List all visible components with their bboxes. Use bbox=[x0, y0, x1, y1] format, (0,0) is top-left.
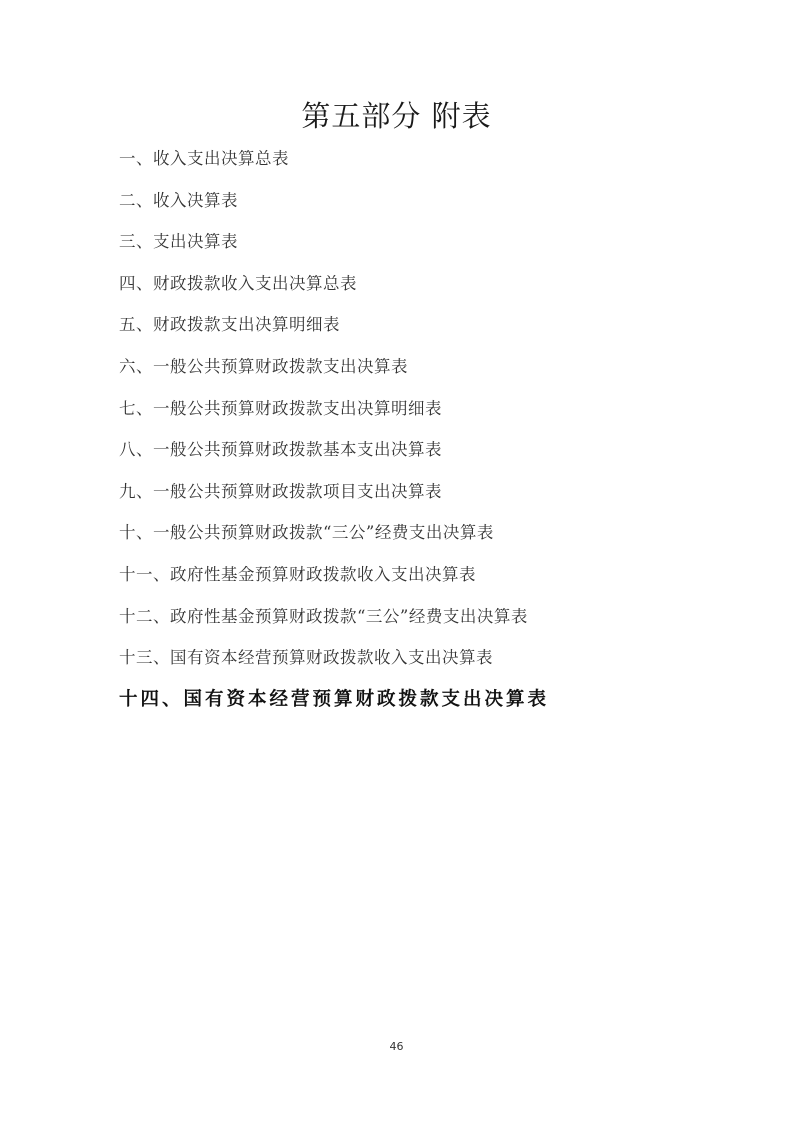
toc-item-7: 七、一般公共预算财政拨款支出决算明细表 bbox=[119, 396, 549, 438]
page-title: 第五部分 附表 bbox=[0, 96, 793, 136]
toc-item-12: 十二、政府性基金预算财政拨款“三公”经费支出决算表 bbox=[119, 604, 549, 646]
toc-item-11: 十一、政府性基金预算财政拨款收入支出决算表 bbox=[119, 562, 549, 604]
toc-item-10: 十、一般公共预算财政拨款“三公”经费支出决算表 bbox=[119, 520, 549, 562]
toc-item-5: 五、财政拨款支出决算明细表 bbox=[119, 312, 549, 354]
toc-item-8: 八、一般公共预算财政拨款基本支出决算表 bbox=[119, 437, 549, 479]
toc-item-6: 六、一般公共预算财政拨款支出决算表 bbox=[119, 354, 549, 396]
toc-item-14: 十四、国有资本经营预算财政拨款支出决算表 bbox=[119, 687, 549, 729]
toc-item-4: 四、财政拨款收入支出决算总表 bbox=[119, 271, 549, 313]
toc-item-3: 三、支出决算表 bbox=[119, 229, 549, 271]
toc-item-13: 十三、国有资本经营预算财政拨款收入支出决算表 bbox=[119, 645, 549, 687]
table-of-contents: 一、收入支出决算总表 二、收入决算表 三、支出决算表 四、财政拨款收入支出决算总… bbox=[119, 146, 549, 728]
toc-item-2: 二、收入决算表 bbox=[119, 188, 549, 230]
toc-item-9: 九、一般公共预算财政拨款项目支出决算表 bbox=[119, 479, 549, 521]
toc-item-1: 一、收入支出决算总表 bbox=[119, 146, 549, 188]
page-number: 46 bbox=[0, 1040, 793, 1053]
